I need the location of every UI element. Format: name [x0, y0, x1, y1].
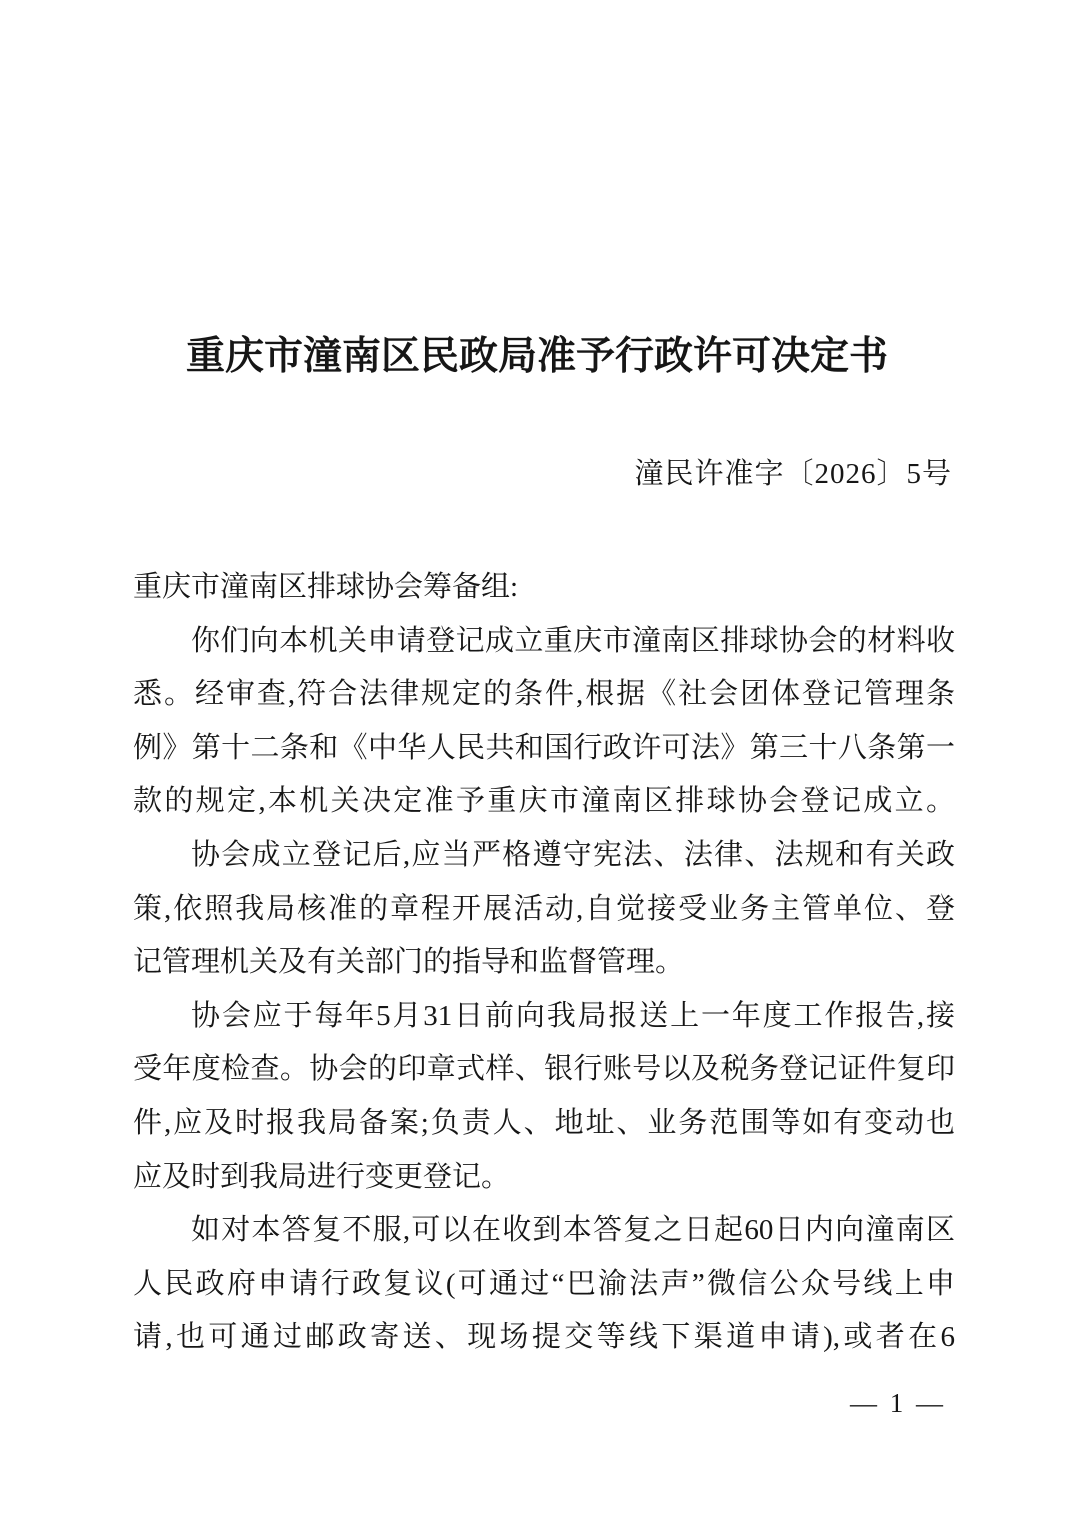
body-line: 你们向本机关申请登记成立重庆市潼南区排球协会的材料收	[133, 615, 955, 669]
document-page: 重庆市潼南区民政局准予行政许可决定书 潼民许准字〔2026〕5号 重庆市潼南区排…	[0, 0, 1074, 1520]
body-line: 悉。经审查,符合法律规定的条件,根据《社会团体登记管理条	[133, 668, 955, 722]
body-line: 如对本答复不服,可以在收到本答复之日起60日内向潼南区	[133, 1204, 955, 1258]
body-line: 记管理机关及有关部门的指导和监督管理。	[133, 936, 955, 990]
document-title: 重庆市潼南区民政局准予行政许可决定书	[0, 334, 1074, 381]
body-line: 应及时到我局进行变更登记。	[133, 1151, 955, 1205]
body-line: 件,应及时报我局备案;负责人、地址、业务范围等如有变动也	[133, 1097, 955, 1151]
page-number: — 1 —	[850, 1387, 946, 1419]
body-line: 策,依照我局核准的章程开展活动,自觉接受业务主管单位、登	[133, 883, 955, 937]
body-line: 协会成立登记后,应当严格遵守宪法、法律、法规和有关政	[133, 829, 955, 883]
body-line: 协会应于每年5月31日前向我局报送上一年度工作报告,接	[133, 990, 955, 1044]
salutation: 重庆市潼南区排球协会筹备组:	[133, 561, 955, 615]
body-line: 款的规定,本机关决定准予重庆市潼南区排球协会登记成立。	[133, 775, 955, 829]
document-number: 潼民许准字〔2026〕5号	[634, 457, 952, 492]
body-line: 人民政府申请行政复议(可通过“巴渝法声”微信公众号线上申	[133, 1258, 955, 1312]
body-line: 请,也可通过邮政寄送、现场提交等线下渠道申请),或者在6	[133, 1311, 955, 1365]
document-body: 重庆市潼南区排球协会筹备组: 你们向本机关申请登记成立重庆市潼南区排球协会的材料…	[133, 561, 955, 1365]
body-line: 例》第十二条和《中华人民共和国行政许可法》第三十八条第一	[133, 722, 955, 776]
body-line: 受年度检查。协会的印章式样、银行账号以及税务登记证件复印	[133, 1043, 955, 1097]
